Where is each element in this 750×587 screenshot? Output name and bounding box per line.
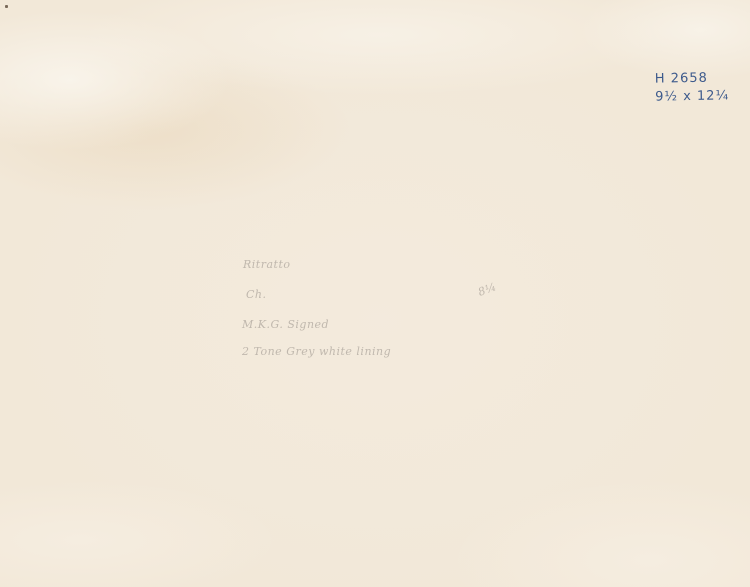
pencil-line-1: Ritratto [243, 258, 291, 271]
pencil-line-3: M.K.G. Signed [242, 318, 329, 331]
pencil-line-4: 2 Tone Grey white lining [242, 345, 391, 358]
pencil-side-note: 8¼ [476, 280, 498, 299]
pencil-notes: Ritratto Ch. M.K.G. Signed 2 Tone Grey w… [0, 0, 750, 587]
pencil-line-2: Ch. [246, 288, 267, 301]
